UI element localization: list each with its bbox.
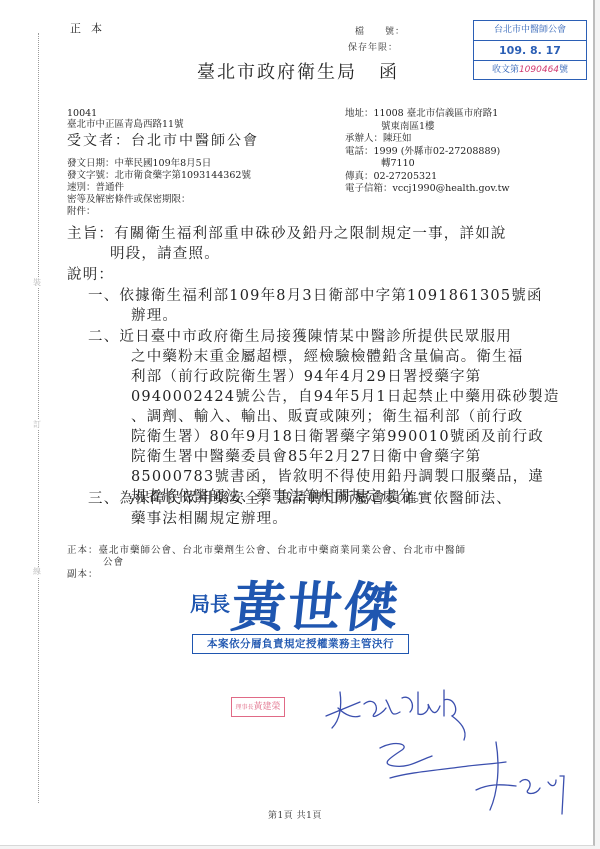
item-line: 、調劑、輸入、輸出、販賣或陳列；衛生福利部（前行政 <box>88 407 560 427</box>
recipient-address: 臺北市中正區青島西路11號 <box>67 119 184 130</box>
subject-line-1: 有關衛生福利部重申硃砂及鉛丹之限制規定一事，詳如說 <box>114 226 507 242</box>
recipient: 受文者：台北市中醫師公會 <box>67 130 259 150</box>
document-title: 臺北市政府衛生局函 <box>197 58 399 84</box>
item-marker: 三、 <box>88 491 119 507</box>
binding-mark-3: 線 <box>33 567 41 577</box>
chair-seal: 理事長黃建榮 <box>231 697 285 717</box>
item-line: 依據衛生福利部109年8月3日衛部中字第1091861305號函 <box>119 288 542 304</box>
sender-address-cont: 號東南區1樓 <box>345 121 510 134</box>
binding-line <box>38 33 39 803</box>
subject-line-2: 明段，請查照。 <box>67 244 507 264</box>
original-label: 正本： <box>67 545 99 556</box>
delegation-note: 本案依分層負責規定授權業務主管決行 <box>192 634 409 654</box>
item-marker: 二、 <box>88 329 119 345</box>
item-line: 0940002424號公告，自94年5月1日起禁止中藥用硃砂製造 <box>88 387 560 407</box>
fax: 傳真：02-27205321 <box>345 171 510 184</box>
stamp-receipt-suffix: 號 <box>559 65 568 75</box>
recipient-address-block: 10041 臺北市中正區青島西路11號 <box>67 108 184 130</box>
copy-label: 正本 <box>70 20 112 36</box>
document-page: 裝 訂 線 正本 檔 號： 保存年限： 臺北市政府衛生局函 台北市中醫師公會 1… <box>0 0 595 846</box>
item-line: 院衛生署）80年9月18日衛署藥字第990010號函及前行政 <box>88 427 560 447</box>
description-item-3: 三、為保障民眾用藥安全，惠請轉知所屬會員確實依醫師法、 藥事法相關規定辦理。 <box>88 489 512 529</box>
phone-ext: 轉7110 <box>345 158 510 171</box>
item-line: 為保障民眾用藥安全，惠請轉知所屬會員確實依醫師法、 <box>119 491 512 507</box>
retention-label: 保存年限： <box>348 40 398 53</box>
phone: 電話：1999 (外縣市02-27208889) <box>345 146 510 159</box>
page-number: 第1頁 共1頁 <box>268 808 322 821</box>
subject-section: 主旨：有關衛生福利部重申硃砂及鉛丹之限制規定一事，詳如說 明段，請查照。 <box>67 224 507 264</box>
item-line: 院衛生署中醫藥委員會85年2月27日衛中會藥字第 <box>88 447 560 467</box>
description-item-1: 一、依據衛生福利部109年8月3日衛部中字第1091861305號函 辦理。 <box>88 286 543 326</box>
stamp-receipt-row: 收文第1090464號 <box>474 61 586 80</box>
issuing-agency: 臺北市政府衛生局 <box>197 62 357 83</box>
item-line: 辦理。 <box>88 306 543 326</box>
issue-number: 發文字號：北市衛食藥字第1093144362號 <box>67 170 251 182</box>
chair-seal-title: 理事長 <box>235 704 253 711</box>
director-title: 局長 <box>190 588 230 617</box>
item-line: 近日臺中市政府衛生局接獲陳情某中醫診所提供民眾服用 <box>119 329 512 345</box>
issue-date: 發文日期：中華民國109年8月5日 <box>67 158 251 170</box>
email: 電子信箱：vccj1990@health.gov.tw <box>345 183 510 196</box>
description-label: 說明： <box>67 265 114 285</box>
issue-info: 發文日期：中華民國109年8月5日 發文字號：北市衛食藥字第1093144362… <box>67 158 251 218</box>
item-line: 藥事法相關規定辦理。 <box>88 509 512 529</box>
item-marker: 一、 <box>88 288 119 304</box>
stamp-org: 台北市中醫師公會 <box>474 21 586 41</box>
original-recipients: 臺北市藥師公會、台北市藥劑生公會、台北市中藥商業同業公會、台北市中醫師 <box>99 545 467 556</box>
stamp-receipt-number: 1090464 <box>519 65 559 75</box>
confidentiality: 密等及解密條件或保密期限： <box>67 194 251 206</box>
item-line: 之中藥粉末重金屬超標，經檢驗檢體鉛含量偏高。衛生福 <box>88 347 560 367</box>
subject-label: 主旨： <box>67 226 114 242</box>
chair-seal-name: 黃建榮 <box>254 702 281 712</box>
binding-mark-2: 訂 <box>33 420 41 430</box>
document-type: 函 <box>379 62 399 83</box>
file-number-label: 檔 號： <box>355 24 405 37</box>
item-line: 85000783號書函，皆敘明不得使用鉛丹調製口服藥品，違 <box>88 467 560 487</box>
description-item-2: 二、近日臺中市政府衛生局接獲陳情某中醫診所提供民眾服用 之中藥粉末重金屬超標，經… <box>88 327 560 507</box>
stamp-receipt-prefix: 收文第 <box>492 65 519 75</box>
handler: 承辦人：陳玨如 <box>345 133 510 146</box>
speed-category: 速別：普通件 <box>67 182 251 194</box>
sender-address: 地址：11008 臺北市信義區市府路1 <box>345 108 510 121</box>
item-line: 利部（前行政院衛生署）94年4月29日署授藥字第 <box>88 367 560 387</box>
receipt-stamp: 台北市中醫師公會 109. 8. 17 收文第1090464號 <box>473 20 587 80</box>
attachments: 附件： <box>67 206 251 218</box>
sender-info: 地址：11008 臺北市信義區市府路1 號東南區1樓 承辦人：陳玨如 電話：19… <box>345 108 510 196</box>
director-name-seal: 黃世傑 <box>228 565 404 642</box>
postal-code: 10041 <box>67 108 184 119</box>
stamp-date: 109. 8. 17 <box>474 41 586 61</box>
binding-mark-1: 裝 <box>33 278 41 288</box>
handwritten-signature <box>320 686 580 816</box>
